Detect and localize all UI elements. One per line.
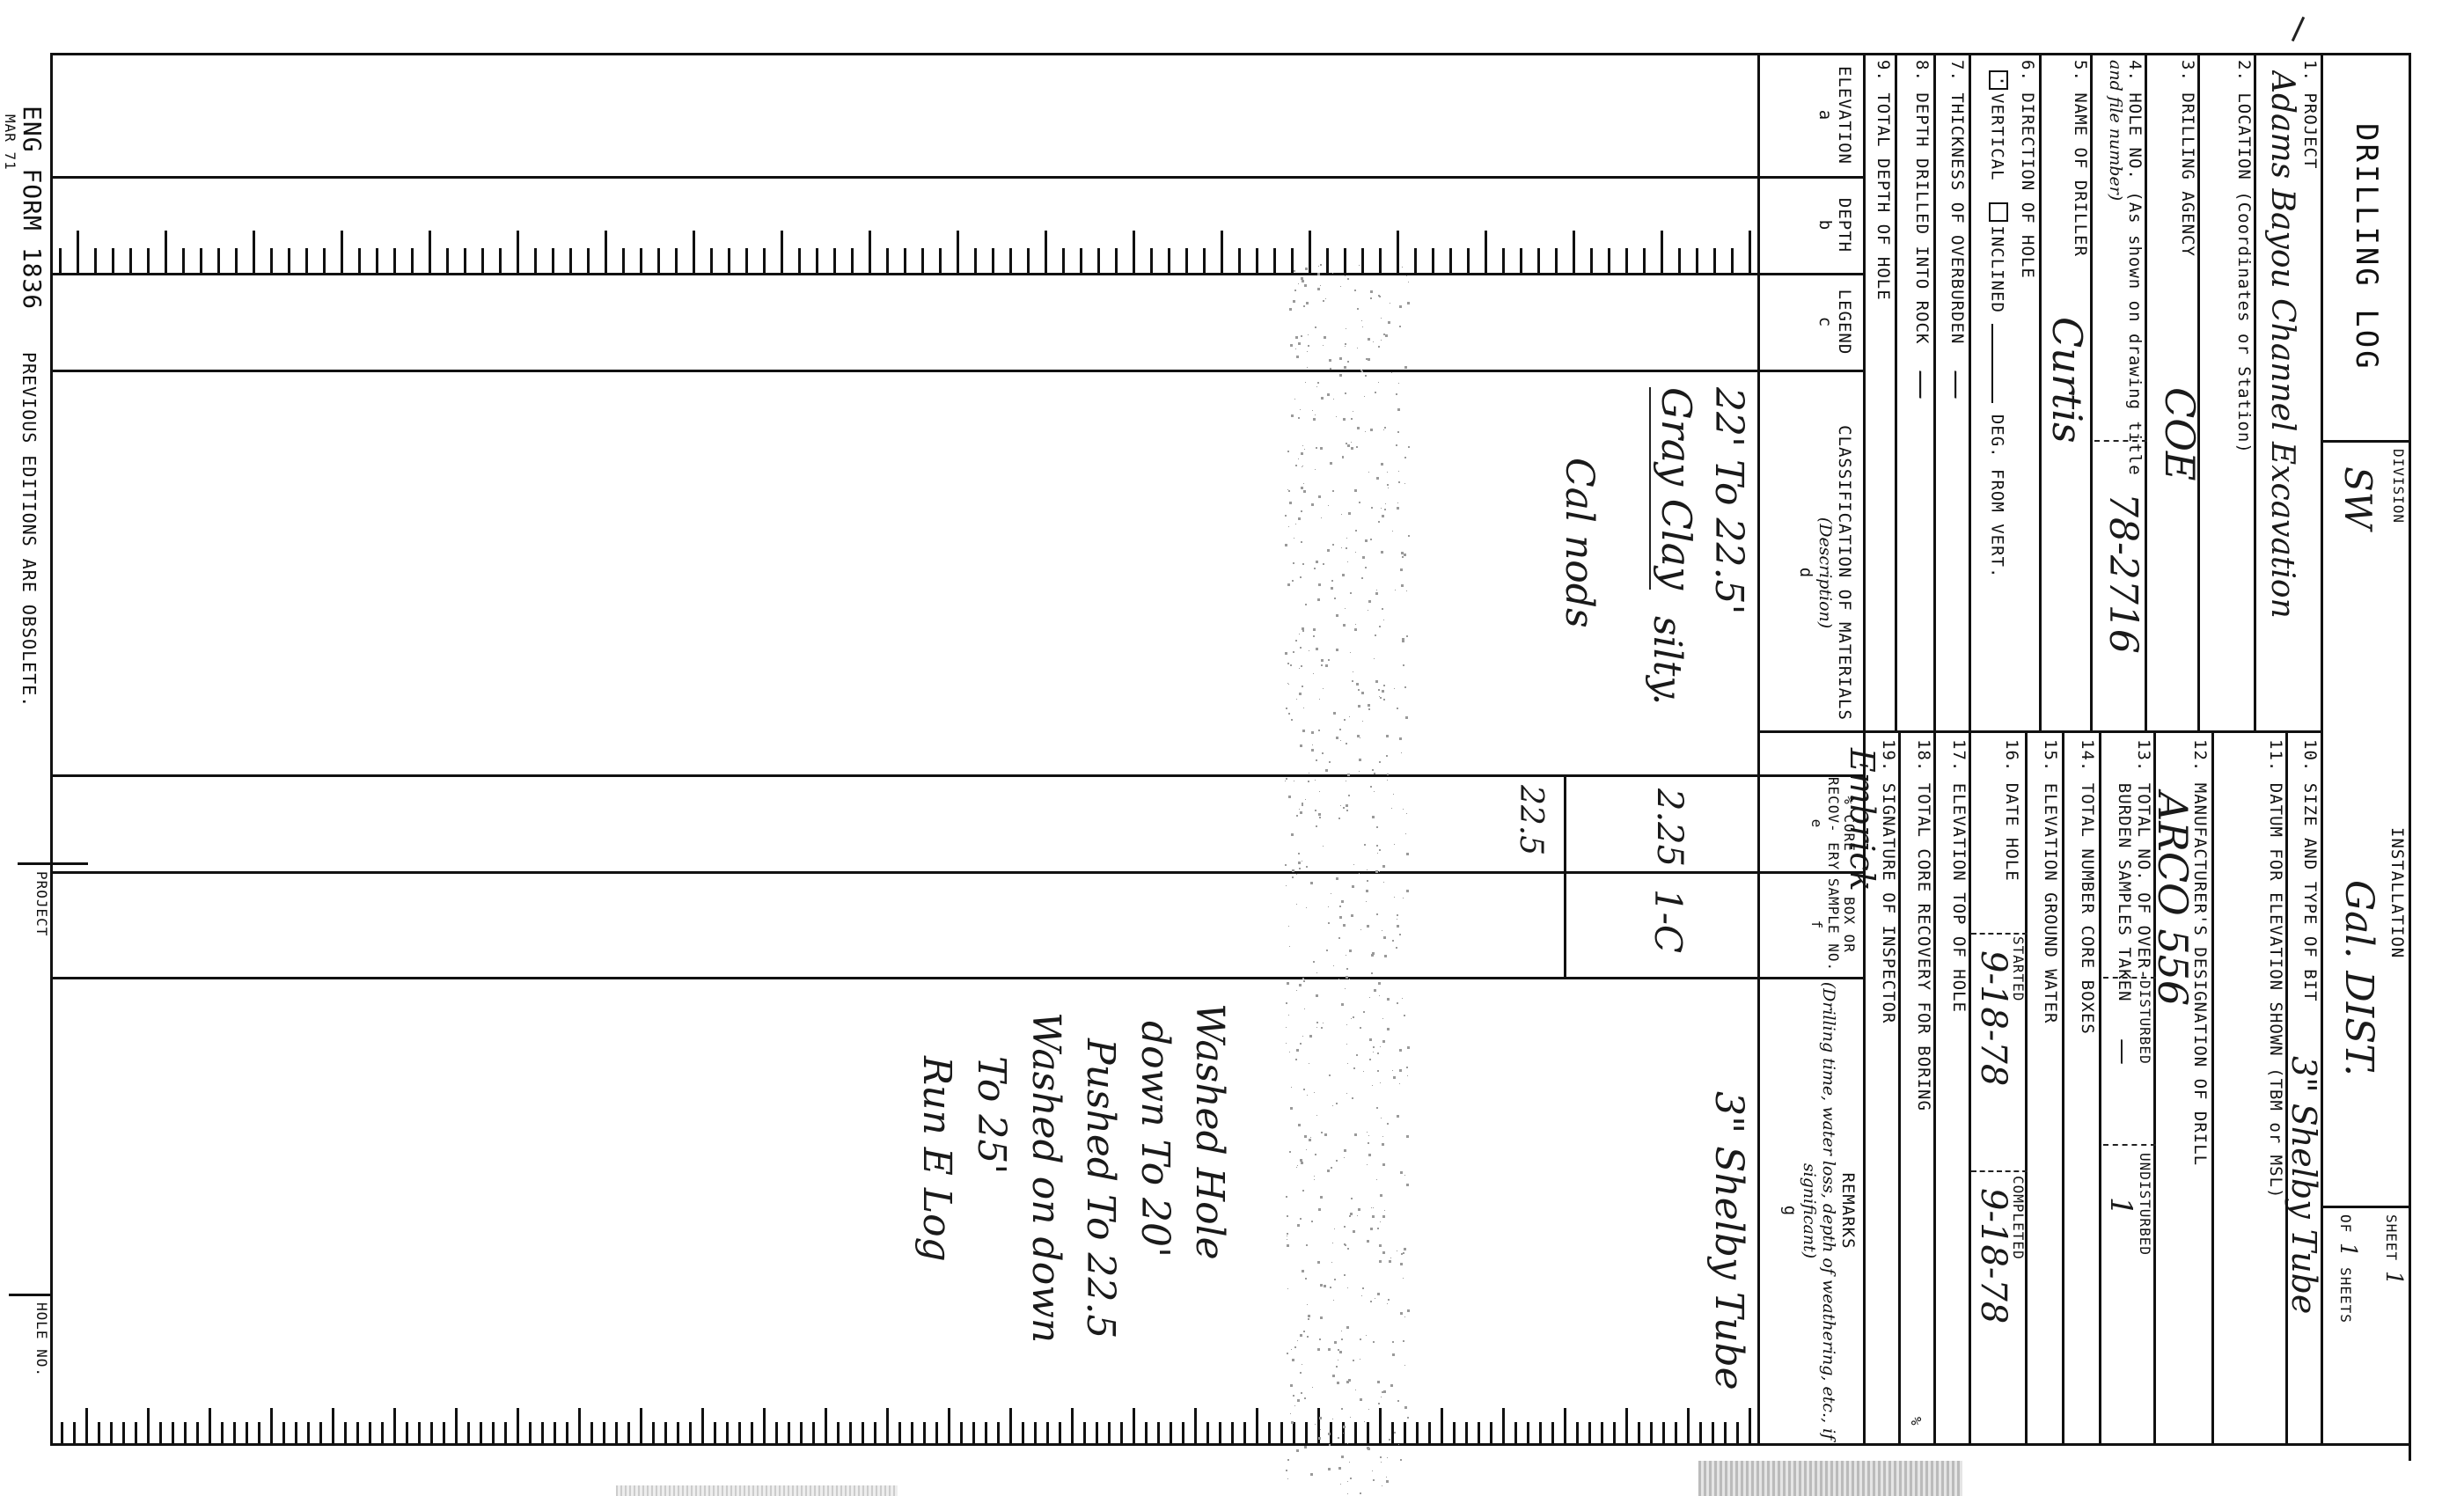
elev-top-label: 17. ELEVATION TOP OF HOLE bbox=[1948, 739, 1968, 1013]
vertical-checkbox[interactable] bbox=[1989, 70, 2008, 90]
bottom-tick bbox=[615, 1422, 618, 1443]
bottom-tick bbox=[1145, 1422, 1148, 1443]
bottom-tick bbox=[122, 1422, 125, 1443]
depth-tick bbox=[851, 248, 854, 273]
bottom-tick bbox=[172, 1422, 174, 1443]
inclined-checkbox[interactable] bbox=[1989, 202, 2008, 222]
bottom-tick bbox=[110, 1422, 113, 1443]
depth-tick bbox=[1713, 248, 1716, 273]
depth-tick bbox=[1731, 248, 1734, 273]
bottom-tick bbox=[418, 1422, 421, 1443]
row-divider bbox=[1933, 730, 1936, 1443]
depth-tick bbox=[1009, 248, 1012, 273]
bottom-tick bbox=[972, 1422, 975, 1443]
depth-tick bbox=[1256, 248, 1258, 273]
date-dashed-divider bbox=[1971, 933, 2028, 935]
depth-tick bbox=[921, 248, 924, 273]
bottom-tick bbox=[159, 1422, 162, 1443]
bottom-tick bbox=[61, 1422, 63, 1443]
depth-tick bbox=[1449, 248, 1452, 273]
drilling-agency-value: COE bbox=[2156, 387, 2204, 481]
bottom-tick bbox=[1034, 1422, 1037, 1443]
depth-tick bbox=[1537, 248, 1540, 273]
depth-tick bbox=[323, 248, 326, 273]
bottom-tick bbox=[1527, 1422, 1529, 1443]
depth-tick bbox=[464, 248, 466, 273]
form-border-left bbox=[53, 53, 2411, 55]
depth-tick bbox=[305, 248, 308, 273]
footer-hole-divider bbox=[9, 1294, 53, 1296]
depth-tick bbox=[1150, 248, 1153, 273]
bottom-tick bbox=[381, 1422, 384, 1443]
bottom-tick bbox=[788, 1422, 790, 1443]
remark-line: down To 20' bbox=[1133, 1021, 1177, 1258]
depth-tick bbox=[200, 248, 202, 273]
remark-line: Washed on down bbox=[1023, 1012, 1068, 1343]
division-label: DIVISION bbox=[2390, 449, 2406, 524]
drill-mfr-value: ARCO 556 bbox=[2149, 792, 2196, 1006]
bottom-tick bbox=[714, 1422, 716, 1443]
bottom-tick bbox=[1268, 1422, 1271, 1443]
bottom-tick bbox=[1170, 1422, 1172, 1443]
bottom-tick bbox=[184, 1422, 187, 1443]
bottom-tick bbox=[763, 1408, 766, 1443]
bottom-tick bbox=[1231, 1422, 1234, 1443]
footer-form-date: MAR 71 bbox=[2, 114, 18, 171]
depth-tick bbox=[1555, 248, 1558, 273]
bottom-tick bbox=[751, 1422, 753, 1443]
location-label: 2. LOCATION (Coordinates or Station) bbox=[2233, 60, 2253, 454]
bottom-tick bbox=[1675, 1422, 1677, 1443]
form-border-right bbox=[53, 1443, 2411, 1446]
row-divider bbox=[2285, 730, 2288, 1443]
depth-tick bbox=[798, 248, 801, 273]
bottom-tick bbox=[209, 1408, 211, 1443]
depth-tick bbox=[270, 248, 273, 273]
bottom-tick bbox=[578, 1408, 581, 1443]
bottom-tick bbox=[590, 1422, 593, 1443]
bottom-tick bbox=[677, 1422, 679, 1443]
table-header-top bbox=[1863, 53, 1866, 1443]
bottom-tick bbox=[898, 1422, 901, 1443]
bottom-tick bbox=[566, 1422, 568, 1443]
depth-tick bbox=[939, 248, 942, 273]
project-label: 1. PROJECT bbox=[2299, 60, 2319, 169]
footer-tab-divider bbox=[18, 862, 88, 865]
bottom-tick bbox=[1576, 1422, 1579, 1443]
depth-tick bbox=[605, 231, 607, 273]
sample-no-value: 1-C bbox=[1646, 889, 1690, 953]
depth-tick bbox=[992, 248, 994, 273]
sheet-of-label: OF 1 SHEETS bbox=[2334, 1214, 2360, 1324]
bottom-tick bbox=[98, 1422, 100, 1443]
depth-tick bbox=[710, 248, 713, 273]
bottom-tick bbox=[886, 1408, 889, 1443]
disturbed-value: — bbox=[2108, 1038, 2138, 1065]
depth-tick bbox=[288, 248, 290, 273]
bottom-tick bbox=[344, 1422, 347, 1443]
bottom-tick bbox=[319, 1422, 322, 1443]
bottom-tick bbox=[529, 1422, 532, 1443]
interval-value: 22' To 22.5' bbox=[1706, 387, 1751, 615]
remark-line: To 25' bbox=[969, 1056, 1014, 1175]
depth-tick bbox=[129, 248, 132, 273]
depth-tick bbox=[77, 231, 79, 273]
direction-options: VERTICAL INCLINED DEG. FROM VERT. bbox=[1987, 70, 2006, 578]
depth-tick bbox=[1749, 231, 1751, 273]
depth-tick bbox=[217, 248, 220, 273]
depth-tick bbox=[1203, 248, 1206, 273]
sheet-label: SHEET 1 bbox=[2380, 1214, 2406, 1286]
depth-tick bbox=[1168, 248, 1170, 273]
bottom-tick bbox=[147, 1408, 150, 1443]
samples-label: 13. TOTAL NO. OF OVER- BURDEN SAMPLES TA… bbox=[2114, 739, 2152, 1002]
bottom-tick bbox=[800, 1422, 803, 1443]
bottom-tick bbox=[246, 1422, 248, 1443]
depth-tick bbox=[517, 231, 519, 273]
bottom-tick bbox=[135, 1422, 137, 1443]
bottom-tick bbox=[1613, 1422, 1616, 1443]
depth-tick bbox=[1590, 248, 1593, 273]
depth-tick bbox=[957, 231, 959, 273]
bottom-tick bbox=[1022, 1422, 1024, 1443]
bottom-tick bbox=[603, 1422, 605, 1443]
bottom-tick bbox=[406, 1422, 408, 1443]
bottom-tick bbox=[1601, 1422, 1603, 1443]
depth-tick bbox=[569, 248, 572, 273]
bottom-tick bbox=[1724, 1422, 1727, 1443]
row-divider bbox=[1895, 53, 1897, 730]
depth-tick bbox=[1027, 248, 1030, 273]
bottom-tick bbox=[393, 1408, 396, 1443]
drilling-agency-label: 3. DRILLING AGENCY bbox=[2177, 60, 2196, 257]
row-divider bbox=[2062, 730, 2064, 1443]
bottom-tick bbox=[1564, 1408, 1566, 1443]
depth-tick bbox=[1062, 248, 1065, 273]
row-divider bbox=[2153, 730, 2156, 1443]
total-depth-label: 9. TOTAL DEPTH OF HOLE bbox=[1873, 60, 1892, 301]
bottom-tick bbox=[430, 1422, 433, 1443]
depth-tick bbox=[552, 248, 554, 273]
depth-tick bbox=[429, 231, 431, 273]
bottom-tick bbox=[455, 1408, 458, 1443]
scanned-page: DRILLING LOG DIVISION SW INSTALLATION Ga… bbox=[0, 0, 2464, 1496]
depth-tick bbox=[253, 231, 255, 273]
depth-tick bbox=[1661, 231, 1663, 273]
bottom-tick bbox=[517, 1408, 519, 1443]
footer-project-label: PROJECT bbox=[33, 871, 49, 936]
depth-tick bbox=[165, 231, 167, 273]
col-header-sample-no: BOX OR SAMPLE NO.f bbox=[1808, 873, 1857, 977]
bottom-tick bbox=[1551, 1422, 1554, 1443]
depth-tick bbox=[1643, 248, 1646, 273]
form-title: DRILLING LOG bbox=[2349, 123, 2383, 371]
rock-label: 8. DEPTH DRILLED INTO ROCK bbox=[1911, 60, 1931, 344]
bottom-tick bbox=[1108, 1422, 1111, 1443]
overburden-label: 7. THICKNESS OF OVERBURDEN bbox=[1947, 60, 1966, 344]
depth-tick bbox=[94, 248, 97, 273]
bottom-tick bbox=[652, 1422, 655, 1443]
depth-tick bbox=[358, 248, 361, 273]
bottom-tick bbox=[1478, 1422, 1480, 1443]
bottom-tick bbox=[985, 1422, 987, 1443]
hole-no-value: 78-2716 bbox=[2101, 493, 2145, 654]
depth-tick bbox=[534, 248, 537, 273]
bottom-tick bbox=[1749, 1408, 1751, 1443]
bottom-tick bbox=[1465, 1422, 1468, 1443]
bit-value: 3" Shelby Tube bbox=[2284, 1056, 2323, 1314]
depth-tick bbox=[112, 248, 114, 273]
disturbed-label: DISTURBED bbox=[2137, 980, 2152, 1065]
date-completed-value: 9-18-78 bbox=[1973, 1188, 2013, 1324]
bottom-tick bbox=[1502, 1408, 1505, 1443]
depth-tick bbox=[1414, 248, 1417, 273]
drilling-log-form: DRILLING LOG DIVISION SW INSTALLATION Ga… bbox=[0, 0, 2464, 1496]
col-divider-ef bbox=[53, 871, 1866, 874]
bottom-tick bbox=[726, 1422, 729, 1443]
bottom-tick bbox=[221, 1422, 224, 1443]
bottom-tick bbox=[911, 1422, 913, 1443]
sheet-divider bbox=[2323, 1206, 2411, 1208]
bottom-tick bbox=[1712, 1422, 1714, 1443]
bottom-tick bbox=[1009, 1408, 1012, 1443]
bottom-tick bbox=[825, 1408, 827, 1443]
row-divider bbox=[2099, 730, 2101, 1443]
depth-tick bbox=[341, 231, 343, 273]
remark-line: 3" Shelby Tube bbox=[1706, 1091, 1751, 1390]
bit-label: 10. SIZE AND TYPE OF BIT bbox=[2299, 739, 2319, 1002]
bottom-tick bbox=[1046, 1422, 1049, 1443]
bottom-tick bbox=[73, 1422, 76, 1443]
bottom-tick bbox=[1071, 1408, 1074, 1443]
datum-label: 11. DATUM FOR ELEVATION SHOWN (TBM or MS… bbox=[2265, 739, 2284, 1199]
depth-tick bbox=[1485, 231, 1487, 273]
recovery-depth-value: 22.5 bbox=[1513, 785, 1549, 855]
installation-value: Gal. DIST. bbox=[2336, 880, 2381, 1076]
division-value: SW bbox=[2336, 466, 2380, 530]
row-divider bbox=[1969, 730, 1971, 1443]
depth-tick bbox=[1273, 248, 1276, 273]
bottom-tick bbox=[849, 1422, 852, 1443]
bottom-tick bbox=[258, 1422, 260, 1443]
depth-tick bbox=[1045, 231, 1047, 273]
col-divider-fg bbox=[53, 977, 1866, 979]
bottom-tick bbox=[467, 1422, 470, 1443]
row-divider bbox=[2211, 730, 2214, 1443]
depth-tick bbox=[1238, 248, 1241, 273]
bottom-tick bbox=[1736, 1422, 1739, 1443]
col-divider-ab bbox=[53, 176, 1866, 179]
bottom-tick bbox=[874, 1422, 876, 1443]
direction-label: 6. DIRECTION OF HOLE bbox=[2017, 60, 2036, 279]
core-boxes-label: 14. TOTAL NUMBER CORE BOXES bbox=[2077, 739, 2096, 1035]
hole-no-label: 4. HOLE NO. (As shown on drawing titlean… bbox=[2105, 60, 2144, 476]
col-divider-cd bbox=[53, 370, 1866, 372]
scan-edge-artifact bbox=[1698, 1461, 1962, 1496]
bottom-tick bbox=[960, 1422, 963, 1443]
form-border-top bbox=[2409, 53, 2411, 1461]
bottom-tick bbox=[1514, 1422, 1517, 1443]
rock-value: — bbox=[1904, 370, 1940, 400]
bottom-tick bbox=[196, 1422, 199, 1443]
depth-tick bbox=[728, 248, 730, 273]
col-divider-de bbox=[53, 774, 1866, 777]
hole-no-dashed-divider bbox=[2094, 440, 2147, 442]
remark-line: Run E Log bbox=[914, 1056, 959, 1262]
bottom-tick bbox=[689, 1422, 692, 1443]
bottom-tick bbox=[554, 1422, 556, 1443]
bottom-tick bbox=[1157, 1422, 1160, 1443]
bottom-tick bbox=[701, 1408, 704, 1443]
bottom-tick bbox=[1441, 1408, 1443, 1443]
depth-tick bbox=[1502, 248, 1505, 273]
bottom-tick bbox=[1219, 1422, 1221, 1443]
sample-row-divider bbox=[1564, 774, 1566, 977]
samples-dashed-divider bbox=[2103, 977, 2156, 979]
col-header-core-recovery: % CORE RECOV- ERYe bbox=[1808, 776, 1857, 871]
depth-tick bbox=[745, 248, 748, 273]
col-divider-bc bbox=[53, 273, 1866, 275]
bottom-tick bbox=[270, 1408, 273, 1443]
depth-tick bbox=[481, 248, 484, 273]
footer-hole-label: HOLE NO. bbox=[33, 1302, 49, 1377]
undisturbed-value: 1 bbox=[2103, 1197, 2138, 1216]
col-header-elevation: ELEVATIONa bbox=[1815, 55, 1853, 176]
bottom-tick bbox=[1243, 1422, 1246, 1443]
bottom-tick bbox=[1662, 1422, 1665, 1443]
depth-tick bbox=[1080, 248, 1082, 273]
bottom-tick bbox=[233, 1422, 236, 1443]
date-dashed-divider bbox=[1971, 1170, 2028, 1172]
depth-tick bbox=[446, 248, 449, 273]
bottom-tick bbox=[1133, 1408, 1135, 1443]
overburden-value: — bbox=[1940, 370, 1975, 400]
depth-tick bbox=[411, 248, 414, 273]
scan-noise bbox=[1285, 264, 1408, 1496]
core-recovery-unit: % bbox=[1908, 1417, 1924, 1426]
bottom-tick bbox=[85, 1408, 88, 1443]
depth-tick bbox=[59, 248, 62, 273]
row-divider bbox=[1898, 730, 1901, 1443]
depth-tick bbox=[1573, 231, 1575, 273]
depth-tick bbox=[974, 248, 977, 273]
bottom-tick bbox=[935, 1422, 938, 1443]
row-divider bbox=[2254, 53, 2256, 730]
bottom-tick bbox=[1120, 1422, 1123, 1443]
date-hole-label: 16. DATE HOLE bbox=[2001, 739, 2020, 882]
ground-water-label: 15. ELEVATION GROUND WATER bbox=[2040, 739, 2059, 1023]
depth-tick bbox=[235, 248, 238, 273]
remark-line: Washed Hole bbox=[1187, 1003, 1232, 1260]
bottom-tick bbox=[282, 1422, 285, 1443]
depth-tick bbox=[147, 248, 150, 273]
bottom-tick bbox=[738, 1422, 741, 1443]
depth-tick bbox=[1467, 248, 1470, 273]
bottom-tick bbox=[492, 1422, 495, 1443]
bottom-tick bbox=[923, 1422, 926, 1443]
bottom-tick bbox=[1625, 1408, 1628, 1443]
depth-tick bbox=[1678, 248, 1681, 273]
bottom-tick bbox=[356, 1422, 359, 1443]
bottom-tick bbox=[1699, 1422, 1702, 1443]
bottom-tick bbox=[1416, 1422, 1419, 1443]
bottom-tick bbox=[837, 1422, 840, 1443]
sample-depth-value: 2.25 bbox=[1649, 788, 1690, 867]
depth-tick bbox=[1625, 248, 1628, 273]
col-header-depth: DEPTHb bbox=[1815, 178, 1853, 273]
bottom-tick bbox=[1096, 1422, 1098, 1443]
depth-tick bbox=[675, 248, 678, 273]
bottom-tick bbox=[1194, 1408, 1197, 1443]
depth-tick bbox=[499, 248, 502, 273]
depth-tick bbox=[1608, 248, 1610, 273]
bottom-tick bbox=[862, 1422, 864, 1443]
col-header-classification: CLASSIFICATION OF MATERIALS(Description)… bbox=[1795, 371, 1853, 774]
bottom-tick bbox=[627, 1422, 630, 1443]
depth-tick bbox=[393, 248, 396, 273]
depth-tick bbox=[1432, 248, 1434, 273]
depth-tick bbox=[833, 248, 836, 273]
samples-dashed-divider bbox=[2103, 1144, 2156, 1146]
bottom-tick bbox=[1687, 1408, 1690, 1443]
bottom-tick bbox=[295, 1422, 297, 1443]
core-recovery-label: 18. TOTAL CORE RECOVERY FOR BORING bbox=[1913, 739, 1932, 1111]
bottom-tick bbox=[1539, 1422, 1542, 1443]
bottom-tick bbox=[1453, 1422, 1456, 1443]
col-header-legend: LEGENDc bbox=[1815, 275, 1853, 370]
depth-tick bbox=[182, 248, 185, 273]
project-value: Adams Bayou Channel Excavation bbox=[2264, 70, 2300, 722]
bottom-tick bbox=[948, 1408, 950, 1443]
depth-tick bbox=[376, 248, 378, 273]
bottom-tick bbox=[640, 1408, 642, 1443]
bottom-tick bbox=[1490, 1422, 1492, 1443]
bottom-tick bbox=[1059, 1422, 1061, 1443]
bottom-tick bbox=[1256, 1408, 1258, 1443]
depth-tick bbox=[1221, 231, 1223, 273]
bottom-tick bbox=[812, 1422, 815, 1443]
undisturbed-label: UNDISTURBED bbox=[2137, 1153, 2152, 1256]
bottom-tick bbox=[541, 1422, 544, 1443]
driller-label: 5. NAME OF DRILLER bbox=[2070, 60, 2089, 257]
depth-tick bbox=[622, 248, 625, 273]
date-started-value: 9-18-78 bbox=[1973, 950, 2013, 1086]
footer-obsolete-note: PREVIOUS EDITIONS ARE OBSOLETE. bbox=[18, 352, 39, 708]
installation-label: INSTALLATION bbox=[2387, 827, 2406, 958]
bottom-tick bbox=[664, 1422, 667, 1443]
depth-tick bbox=[1133, 231, 1135, 273]
bottom-tick bbox=[443, 1422, 445, 1443]
bottom-tick bbox=[997, 1422, 1000, 1443]
depth-tick bbox=[1696, 248, 1698, 273]
depth-tick bbox=[781, 231, 783, 273]
bottom-tick bbox=[504, 1422, 507, 1443]
bottom-tick bbox=[1280, 1422, 1283, 1443]
form-border-bottom bbox=[50, 53, 53, 1446]
inclusion-value: Cal nods bbox=[1557, 458, 1602, 628]
bottom-tick bbox=[1588, 1422, 1591, 1443]
remark-line: Pushed To 22.5 bbox=[1078, 1038, 1123, 1338]
row-divider bbox=[2025, 730, 2028, 1443]
bottom-tick bbox=[332, 1408, 334, 1443]
depth-tick bbox=[904, 248, 906, 273]
bottom-tick bbox=[1182, 1422, 1184, 1443]
depth-tick bbox=[1097, 248, 1100, 273]
depth-tick bbox=[763, 248, 766, 273]
row-divider bbox=[2039, 53, 2042, 730]
depth-tick bbox=[869, 231, 871, 273]
depth-tick bbox=[657, 248, 660, 273]
